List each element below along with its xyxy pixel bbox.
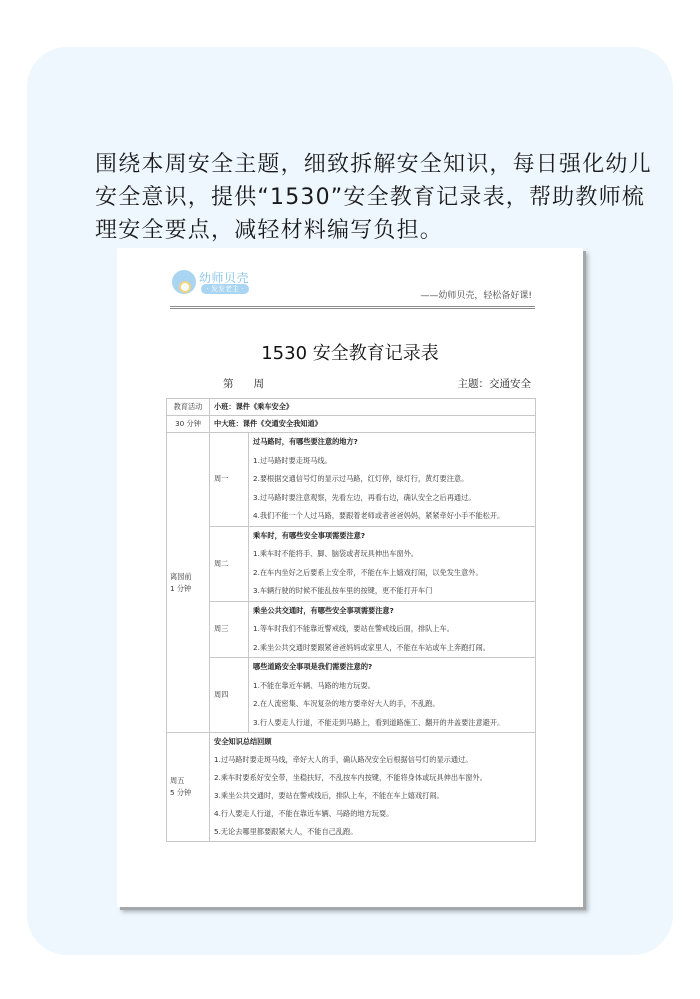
- week-field: 第周: [223, 376, 284, 391]
- table-row: 教育活动 小班：课件《乘车安全》: [167, 399, 536, 416]
- week-suffix: 周: [254, 378, 265, 390]
- activity-time-cell: 30 分钟: [167, 416, 210, 433]
- friday-time: 5 分钟: [170, 787, 209, 799]
- small-class-cell: 小班：课件《乘车安全》: [210, 399, 536, 416]
- header-slogan: ——幼师贝壳，轻松备好课!: [420, 288, 532, 301]
- activity-label-cell: 教育活动: [167, 399, 210, 416]
- table-row: 周五 5 分钟 安全知识总结回顾 1.过马路时要走斑马线，牵好大人的手，确认路况…: [167, 733, 536, 842]
- day-item: 1.不能在靠近车辆、马路的地方玩耍。: [253, 677, 535, 696]
- friday-heading: 安全知识总结回顾: [214, 733, 535, 751]
- content-cell: 乘坐公共交通时，有哪些安全事项需要注意? 1.等车时我们不能靠近警戒线，要站在警…: [249, 601, 536, 658]
- friday-item: 5.无论去哪里都要跟紧大人，不能自己乱跑。: [214, 823, 535, 841]
- day-item: 2.在车内坐好之后要系上安全带，不能在车上嬉戏打闹，以免发生意外。: [253, 564, 535, 583]
- before-leave-label: 离园前: [170, 571, 209, 583]
- day-item: 3.车辆行驶的时候不能乱按车里的按键，更不能打开车门: [253, 582, 535, 601]
- friday-item: 3.乘坐公共交通时，要站在警戒线后，排队上车，不能在车上嬉戏打闹。: [214, 787, 535, 805]
- friday-item: 4.行人要走人行道，不能在靠近车辆、马路的地方玩耍。: [214, 805, 535, 823]
- intro-line: 围绕本周安全主题，细致拆解安全知识，每日强化幼儿: [95, 148, 665, 181]
- intro-text: 围绕本周安全主题，细致拆解安全知识，每日强化幼儿 安全意识，提供“1530”安全…: [95, 148, 665, 247]
- week-label: 第: [223, 378, 234, 390]
- content-cell: 乘车时，有哪些安全事项需要注意? 1.乘车时不能将手、脚、脑袋或者玩具伸出车窗外…: [249, 526, 536, 601]
- day-item: 2.乘坐公共交通时要跟紧爸爸妈妈或家里人，不能在车站或车上奔跑打闹。: [253, 639, 535, 658]
- day-cell: 周四: [210, 658, 249, 733]
- brand-logo: 幼师贝壳 · 发发老主 ·: [172, 268, 262, 298]
- header-divider: [170, 306, 535, 309]
- intro-line: 安全意识，提供“1530”安全教育记录表，帮助教师梳: [95, 181, 665, 214]
- day-item: 2.要根据交通信号灯的显示过马路，红灯停，绿灯行，黄灯要注意。: [253, 470, 535, 489]
- content-cell: 哪些道路安全事项是我们需要注意的? 1.不能在靠近车辆、马路的地方玩耍。 2.在…: [249, 658, 536, 733]
- safety-record-table: 教育活动 小班：课件《乘车安全》 30 分钟 中大班：课件《交通安全我知道》 离…: [166, 398, 536, 842]
- day-question: 乘坐公共交通时，有哪些安全事项需要注意?: [253, 602, 535, 621]
- content-cell: 过马路时，有哪些要注意的地方? 1.过马路时要走斑马线。 2.要根据交通信号灯的…: [249, 433, 536, 527]
- day-item: 1.等车时我们不能靠近警戒线，要站在警戒线后面，排队上车。: [253, 620, 535, 639]
- document-title: 1530 安全教育记录表: [117, 339, 583, 365]
- theme-label: 主题：交通安全: [458, 376, 532, 391]
- document-preview: 幼师贝壳 · 发发老主 · ——幼师贝壳，轻松备好课! 1530 安全教育记录表…: [117, 248, 583, 907]
- day-question: 乘车时，有哪些安全事项需要注意?: [253, 527, 535, 546]
- before-leave-cell: 离园前 1 分钟: [167, 433, 210, 733]
- friday-item: 2.乘车时要系好安全带，坐稳扶好，不乱按车内按键，不能将身体或玩具伸出车窗外。: [214, 769, 535, 787]
- day-item: 1.过马路时要走斑马线。: [253, 452, 535, 471]
- logo-tagline: · 发发老主 ·: [201, 284, 249, 294]
- friday-item: 1.过马路时要走斑马线，牵好大人的手，确认路况安全后根据信号灯的显示通过。: [214, 751, 535, 769]
- day-cell: 周二: [210, 526, 249, 601]
- mid-large-class-cell: 中大班：课件《交通安全我知道》: [210, 416, 536, 433]
- friday-day: 周五: [170, 775, 209, 787]
- table-row: 30 分钟 中大班：课件《交通安全我知道》: [167, 416, 536, 433]
- day-cell: 周三: [210, 601, 249, 658]
- day-item: 4.我们不能一个人过马路，要跟着老师或者爸爸妈妈，紧紧牵好小手不能松开。: [253, 507, 535, 526]
- day-item: 3.行人要走人行道，不能走到马路上，看到道路施工、翻开的井盖要注意避开。: [253, 714, 535, 733]
- before-leave-time: 1 分钟: [170, 583, 209, 595]
- hand-shell-logo-icon: [172, 270, 196, 294]
- table-row: 离园前 1 分钟 周一 过马路时，有哪些要注意的地方? 1.过马路时要走斑马线。…: [167, 433, 536, 527]
- day-question: 过马路时，有哪些要注意的地方?: [253, 433, 535, 452]
- table-row: 周二 乘车时，有哪些安全事项需要注意? 1.乘车时不能将手、脚、脑袋或者玩具伸出…: [167, 526, 536, 601]
- day-item: 2.在人流密集、车况复杂的地方要牵好大人的手，不乱跑。: [253, 695, 535, 714]
- day-item: 3.过马路时要注意观察，先看左边，再看右边，确认安全之后再通过。: [253, 489, 535, 508]
- table-row: 周三 乘坐公共交通时，有哪些安全事项需要注意? 1.等车时我们不能靠近警戒线，要…: [167, 601, 536, 658]
- table-row: 周四 哪些道路安全事项是我们需要注意的? 1.不能在靠近车辆、马路的地方玩耍。 …: [167, 658, 536, 733]
- friday-label-cell: 周五 5 分钟: [167, 733, 210, 842]
- day-cell: 周一: [210, 433, 249, 527]
- intro-line: 理安全要点，减轻材料编写负担。: [95, 214, 665, 247]
- friday-content-cell: 安全知识总结回顾 1.过马路时要走斑马线，牵好大人的手，确认路况安全后根据信号灯…: [210, 733, 536, 842]
- day-item: 1.乘车时不能将手、脚、脑袋或者玩具伸出车窗外。: [253, 545, 535, 564]
- day-question: 哪些道路安全事项是我们需要注意的?: [253, 658, 535, 677]
